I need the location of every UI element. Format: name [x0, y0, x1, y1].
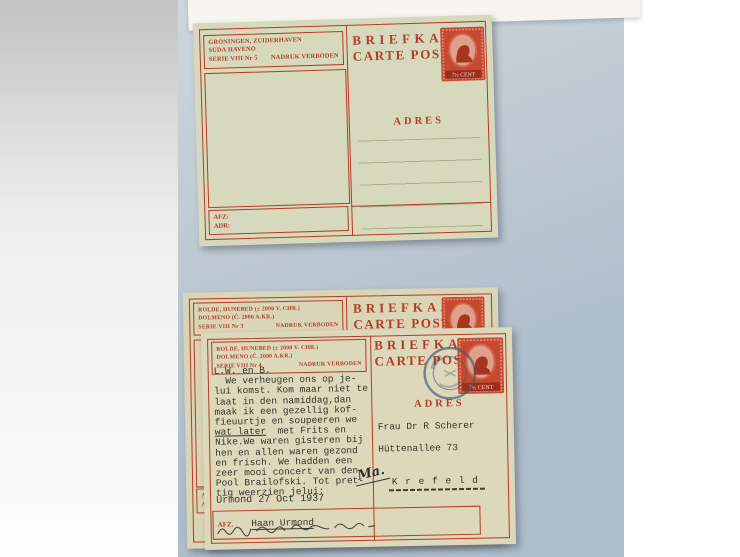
circular-postmark-icon	[420, 344, 479, 403]
serie-number: SERIE VIII Nr 3	[198, 323, 243, 332]
address-ruled-lines	[358, 137, 483, 231]
address-street: Hüttenallee 73	[378, 442, 458, 455]
postcard-groningen-unused: GRONINGEN, ZUIDERHAVEN SUDA HAVENO SERIE…	[193, 15, 498, 247]
serie-number: SERIE VIII Nr 5	[209, 55, 258, 64]
sender-box: AFZ: ADR:	[208, 206, 349, 235]
nadruk-verboden: NADRUK VERBODEN	[271, 52, 339, 62]
nadruk-verboden: NADRUK VERBODEN	[276, 321, 339, 330]
dateline: Urmond 27 Oct 1937	[216, 494, 324, 507]
stamp-value: 7½ CENT	[452, 71, 476, 79]
photo-of-postcards: GRONINGEN, ZUIDERHAVEN SUDA HAVENO SERIE…	[0, 0, 740, 557]
postcard-rolde-written-1937: ROLDE, HUNEBED (± 2000 V. CHR.) DOLMENO …	[201, 327, 516, 550]
sender-box: AFZ. Haan Urmond	[212, 506, 481, 540]
address-city: K r e f e l d	[392, 475, 479, 488]
address-recipient: Frau Dr R Scherer	[378, 420, 475, 433]
message-box-empty	[204, 69, 350, 208]
queen-wilhelmina-stamp-icon: 7½ CENT	[440, 26, 486, 82]
album-page-left-shade	[0, 0, 180, 557]
typed-message: L.W. en B. We verheugen ons op je-lui ko…	[214, 364, 373, 500]
caption-box: GRONINGEN, ZUIDERHAVEN SUDA HAVENO SERIE…	[203, 31, 344, 69]
